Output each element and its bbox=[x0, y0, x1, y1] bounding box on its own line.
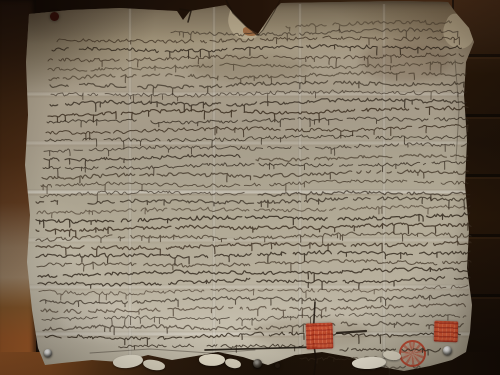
handwriting-line bbox=[48, 62, 463, 73]
handwriting-line bbox=[45, 331, 460, 345]
ink-strike-line bbox=[337, 331, 366, 333]
handwriting-line bbox=[36, 250, 470, 265]
handwriting-line bbox=[40, 190, 244, 202]
handwriting-line bbox=[42, 170, 468, 183]
handwriting-ink-layer bbox=[0, 0, 500, 375]
handwriting-line bbox=[38, 277, 470, 290]
handwriting-line bbox=[36, 232, 471, 243]
handwriting-line bbox=[36, 200, 58, 204]
handwriting-line bbox=[42, 313, 466, 326]
red-seal-rect-left bbox=[306, 323, 334, 350]
paper-crack bbox=[226, 0, 258, 35]
handwriting-line bbox=[256, 154, 468, 161]
handwriting-line bbox=[38, 267, 468, 281]
metal-pin bbox=[253, 359, 262, 368]
handwriting-line bbox=[45, 135, 468, 149]
handwriting-line bbox=[52, 45, 461, 59]
handwriting-line bbox=[36, 213, 470, 228]
handwriting-line bbox=[43, 160, 468, 176]
paper-crack bbox=[180, 9, 191, 22]
metal-pin bbox=[443, 346, 452, 355]
handwriting-line bbox=[119, 344, 199, 349]
handwriting-line bbox=[40, 294, 468, 307]
manuscript-photo bbox=[0, 0, 500, 375]
handwriting-line bbox=[39, 285, 468, 303]
handwriting-line bbox=[44, 154, 240, 168]
handwriting-line bbox=[43, 322, 463, 335]
red-seal-rect-right bbox=[434, 321, 459, 343]
handwriting-line bbox=[44, 143, 469, 156]
handwriting-line bbox=[47, 117, 468, 127]
handwriting-line bbox=[50, 81, 464, 95]
handwriting-line bbox=[48, 106, 468, 122]
handwriting-line bbox=[36, 223, 471, 237]
paper-hole bbox=[50, 12, 59, 21]
paper-hole bbox=[275, 363, 280, 368]
handwriting-line bbox=[49, 71, 466, 84]
handwriting-line bbox=[57, 36, 459, 45]
metal-pin bbox=[44, 349, 52, 357]
paper-crack bbox=[258, 0, 280, 35]
ink-strike-line bbox=[205, 347, 316, 350]
